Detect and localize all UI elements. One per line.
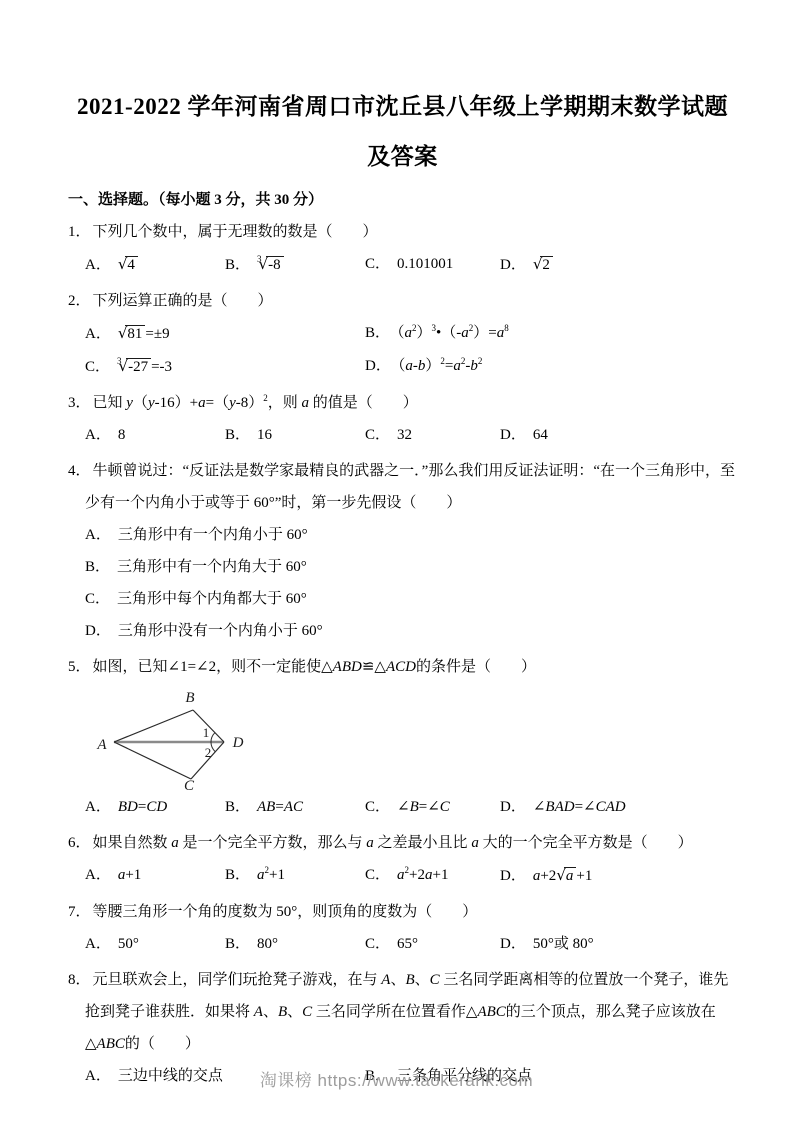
option: C．a2+2a+1 <box>365 859 500 892</box>
option-text: 64 <box>533 427 548 443</box>
question-number: 5． <box>68 659 91 675</box>
option-label: A． <box>85 326 111 342</box>
question-stem: 1．下列几个数中，属于无理数的数是（ ） <box>68 216 737 248</box>
option-label: A． <box>85 257 111 273</box>
options: A．50°B．80°C．65°D．50°或 80° <box>68 928 737 960</box>
option-row: D．三角形中没有一个内角小于 60° <box>85 615 737 647</box>
option-label: A． <box>85 799 111 815</box>
option-row: A．√4B．3√-8C．0.101001D．√2 <box>85 248 737 281</box>
option-text: √81=±9 <box>118 326 170 342</box>
question-number: 4． <box>68 463 91 479</box>
vertex-label-A: A <box>96 737 107 753</box>
option: B．（a2）3•（-a2）=a8 <box>365 317 737 350</box>
option: B．三角形中有一个内角大于 60° <box>85 551 737 583</box>
question-number: 8． <box>68 972 91 988</box>
option-label: B． <box>225 257 250 273</box>
option: D．（a-b）2=a2-b2 <box>365 350 737 383</box>
option-text: （a-b）2=a2-b2 <box>398 358 483 374</box>
options: A．8B．16C．32D．64 <box>68 419 737 451</box>
option-text: 3√-8 <box>257 257 284 273</box>
question-stem: 4．牛顿曾说过：“反证法是数学家最精良的武器之一．”那么我们用反证法证明：“在一… <box>68 455 737 519</box>
option: D．∠BAD=∠CAD <box>500 791 737 823</box>
option: C．∠B=∠C <box>365 791 500 823</box>
option: A．BD=CD <box>85 791 225 823</box>
option-row: A．a+1B．a2+1C．a2+2a+1D．a+2√a+1 <box>85 859 737 892</box>
option-label: D． <box>500 427 526 443</box>
option-row: C．3√-27=-3D．（a-b）2=a2-b2 <box>85 350 737 383</box>
option: A．50° <box>85 928 225 960</box>
option-label: B． <box>225 427 250 443</box>
question-stem-text: 下列运算正确的是（ ） <box>93 293 273 309</box>
option-label: B． <box>225 799 250 815</box>
option: D．a+2√a+1 <box>500 859 737 892</box>
question-block: 2．下列运算正确的是（ ） A．√81=±9B．（a2）3•（-a2）=a8C．… <box>68 285 737 383</box>
option: C．3√-27=-3 <box>85 350 365 383</box>
edge-AB <box>114 710 193 742</box>
angle-label-2: 2 <box>205 745 212 760</box>
vertex-label-C: C <box>184 778 195 791</box>
question-stem-text: 等腰三角形一个角的度数为 50°，则顶角的度数为（ ） <box>93 904 478 920</box>
option: B．3√-8 <box>225 248 365 281</box>
option-row: A．√81=±9B．（a2）3•（-a2）=a8 <box>85 317 737 350</box>
question-block: 3．已知 y（y-16）+a=（y-8）2，则 a 的值是（ ） A．8B．16… <box>68 387 737 451</box>
option-text: 65° <box>397 936 418 952</box>
question5-figure: A B C D 1 2 <box>82 687 737 791</box>
option-label: C． <box>365 867 390 883</box>
option-label: B． <box>225 936 250 952</box>
question-stem: 5．如图，已知∠1=∠2，则不一定能使△ABD≌△ACD的条件是（ ） <box>68 651 737 683</box>
option: D．50°或 80° <box>500 928 737 960</box>
option-label: C． <box>365 936 390 952</box>
question-stem-text: 如果自然数 a 是一个完全平方数，那么与 a 之差最小且比 a 大的一个完全平方… <box>93 835 693 851</box>
option-text: a2+2a+1 <box>397 867 448 883</box>
question-stem-text: 元旦联欢会上，同学们玩抢凳子游戏，在与 A、B、C 三名同学距离相等的位置放一个… <box>85 972 728 1052</box>
question-block: 6．如果自然数 a 是一个完全平方数，那么与 a 之差最小且比 a 大的一个完全… <box>68 827 737 892</box>
figure-slot: A B C D 1 2 <box>68 687 737 791</box>
option-label: A． <box>85 936 111 952</box>
option-text: 0.101001 <box>397 256 453 272</box>
option-label: A． <box>85 867 111 883</box>
option-text: 3√-27=-3 <box>117 359 172 375</box>
questions-list: 1．下列几个数中，属于无理数的数是（ ） A．√4B．3√-8C．0.10100… <box>68 216 737 1092</box>
option-label: C． <box>85 359 110 375</box>
option-text: 50°或 80° <box>533 936 594 952</box>
option-text: 50° <box>118 936 139 952</box>
option-text: 32 <box>397 427 412 443</box>
option-label: C． <box>85 591 110 607</box>
options: A．BD=CDB．AB=ACC．∠B=∠CD．∠BAD=∠CAD <box>68 791 737 823</box>
option: B．AB=AC <box>225 791 365 823</box>
option-label: D． <box>365 358 391 374</box>
option: C．三角形中每个内角都大于 60° <box>85 583 737 615</box>
option: A．a+1 <box>85 859 225 892</box>
option: B．a2+1 <box>225 859 365 892</box>
option-text: a+2√a+1 <box>533 868 593 884</box>
section-header: 一、选择题。（每小题 3 分，共 30 分） <box>68 184 737 216</box>
option-row: A．三角形中有一个内角小于 60° <box>85 519 737 551</box>
option-label: D． <box>500 799 526 815</box>
option-text: 三角形中没有一个内角小于 60° <box>118 623 323 639</box>
option-text: 8 <box>118 427 126 443</box>
question-stem-text: 牛顿曾说过：“反证法是数学家最精良的武器之一．”那么我们用反证法证明：“在一个三… <box>85 463 735 511</box>
question-stem-text: 已知 y（y-16）+a=（y-8）2，则 a 的值是（ ） <box>93 395 418 411</box>
document-content: 2021-2022 学年河南省周口市沈丘县八年级上学期期末数学试题及答案 一、选… <box>0 82 793 1092</box>
options: A．√4B．3√-8C．0.101001D．√2 <box>68 248 737 281</box>
option-text: ∠BAD=∠CAD <box>533 799 626 815</box>
option: C．65° <box>365 928 500 960</box>
question-block: 5．如图，已知∠1=∠2，则不一定能使△ABD≌△ACD的条件是（ ） A B … <box>68 651 737 823</box>
option-text: ∠B=∠C <box>397 799 450 815</box>
question-number: 1． <box>68 224 91 240</box>
option-label: C． <box>365 799 390 815</box>
option-label: C． <box>365 427 390 443</box>
question-stem: 3．已知 y（y-16）+a=（y-8）2，则 a 的值是（ ） <box>68 387 737 419</box>
question-stem: 6．如果自然数 a 是一个完全平方数，那么与 a 之差最小且比 a 大的一个完全… <box>68 827 737 859</box>
option-text: √4 <box>118 257 138 273</box>
page-title: 2021-2022 学年河南省周口市沈丘县八年级上学期期末数学试题及答案 <box>68 82 737 182</box>
question-number: 3． <box>68 395 91 411</box>
option-text: 16 <box>257 427 272 443</box>
option-row: C．三角形中每个内角都大于 60° <box>85 583 737 615</box>
option-text: AB=AC <box>257 799 303 815</box>
edge-CA <box>114 742 191 779</box>
option-label: B． <box>85 559 110 575</box>
option: D．64 <box>500 419 737 451</box>
option-text: 三角形中有一个内角小于 60° <box>118 527 308 543</box>
question-stem-text: 下列几个数中，属于无理数的数是（ ） <box>93 224 378 240</box>
option-label: D． <box>85 623 111 639</box>
option-label: A． <box>85 527 111 543</box>
option: B．16 <box>225 419 365 451</box>
option: C．32 <box>365 419 500 451</box>
kite-figure-svg: A B C D 1 2 <box>82 687 272 791</box>
vertex-label-B: B <box>185 690 194 706</box>
option: B．80° <box>225 928 365 960</box>
option-text: （a2）3•（-a2）=a8 <box>397 325 509 341</box>
option-label: D． <box>500 257 526 273</box>
watermark-footer: 淘课榜 https://www.taokerank.com <box>0 1066 793 1091</box>
option-text: a+1 <box>118 867 141 883</box>
option-label: A． <box>85 427 111 443</box>
question-number: 6． <box>68 835 91 851</box>
option-label: D． <box>500 936 526 952</box>
option-text: 三角形中有一个内角大于 60° <box>117 559 307 575</box>
option-label: B． <box>365 325 390 341</box>
option-label: D． <box>500 868 526 884</box>
question-stem-text: 如图，已知∠1=∠2，则不一定能使△ABD≌△ACD的条件是（ ） <box>93 659 536 675</box>
question-stem: 8．元旦联欢会上，同学们玩抢凳子游戏，在与 A、B、C 三名同学距离相等的位置放… <box>68 964 737 1060</box>
option-row: A．50°B．80°C．65°D．50°或 80° <box>85 928 737 960</box>
options: A．√81=±9B．（a2）3•（-a2）=a8C．3√-27=-3D．（a-b… <box>68 317 737 383</box>
question-number: 2． <box>68 293 91 309</box>
option: A．三角形中有一个内角小于 60° <box>85 519 737 551</box>
option-text: √2 <box>533 257 553 273</box>
option: A．8 <box>85 419 225 451</box>
question-block: 4．牛顿曾说过：“反证法是数学家最精良的武器之一．”那么我们用反证法证明：“在一… <box>68 455 737 647</box>
option-text: BD=CD <box>118 799 167 815</box>
options: A．a+1B．a2+1C．a2+2a+1D．a+2√a+1 <box>68 859 737 892</box>
option-label: C． <box>365 256 390 272</box>
question-number: 7． <box>68 904 91 920</box>
vertex-label-D: D <box>232 735 244 751</box>
option-row: A．8B．16C．32D．64 <box>85 419 737 451</box>
option-text: a2+1 <box>257 867 285 883</box>
option-text: 80° <box>257 936 278 952</box>
options: A．三角形中有一个内角小于 60°B．三角形中有一个内角大于 60°C．三角形中… <box>68 519 737 647</box>
option-label: B． <box>225 867 250 883</box>
option-row: A．BD=CDB．AB=ACC．∠B=∠CD．∠BAD=∠CAD <box>85 791 737 823</box>
angle-label-1: 1 <box>203 725 210 740</box>
question-stem: 7．等腰三角形一个角的度数为 50°，则顶角的度数为（ ） <box>68 896 737 928</box>
option: D．√2 <box>500 248 737 281</box>
question-block: 7．等腰三角形一个角的度数为 50°，则顶角的度数为（ ） A．50°B．80°… <box>68 896 737 960</box>
question-stem: 2．下列运算正确的是（ ） <box>68 285 737 317</box>
option: A．√81=±9 <box>85 317 365 350</box>
exam-document-page: 2021-2022 学年河南省周口市沈丘县八年级上学期期末数学试题及答案 一、选… <box>0 0 793 1122</box>
option-text: 三角形中每个内角都大于 60° <box>117 591 307 607</box>
option: C．0.101001 <box>365 248 500 281</box>
option: D．三角形中没有一个内角小于 60° <box>85 615 737 647</box>
option: A．√4 <box>85 248 225 281</box>
question-block: 1．下列几个数中，属于无理数的数是（ ） A．√4B．3√-8C．0.10100… <box>68 216 737 281</box>
option-row: B．三角形中有一个内角大于 60° <box>85 551 737 583</box>
